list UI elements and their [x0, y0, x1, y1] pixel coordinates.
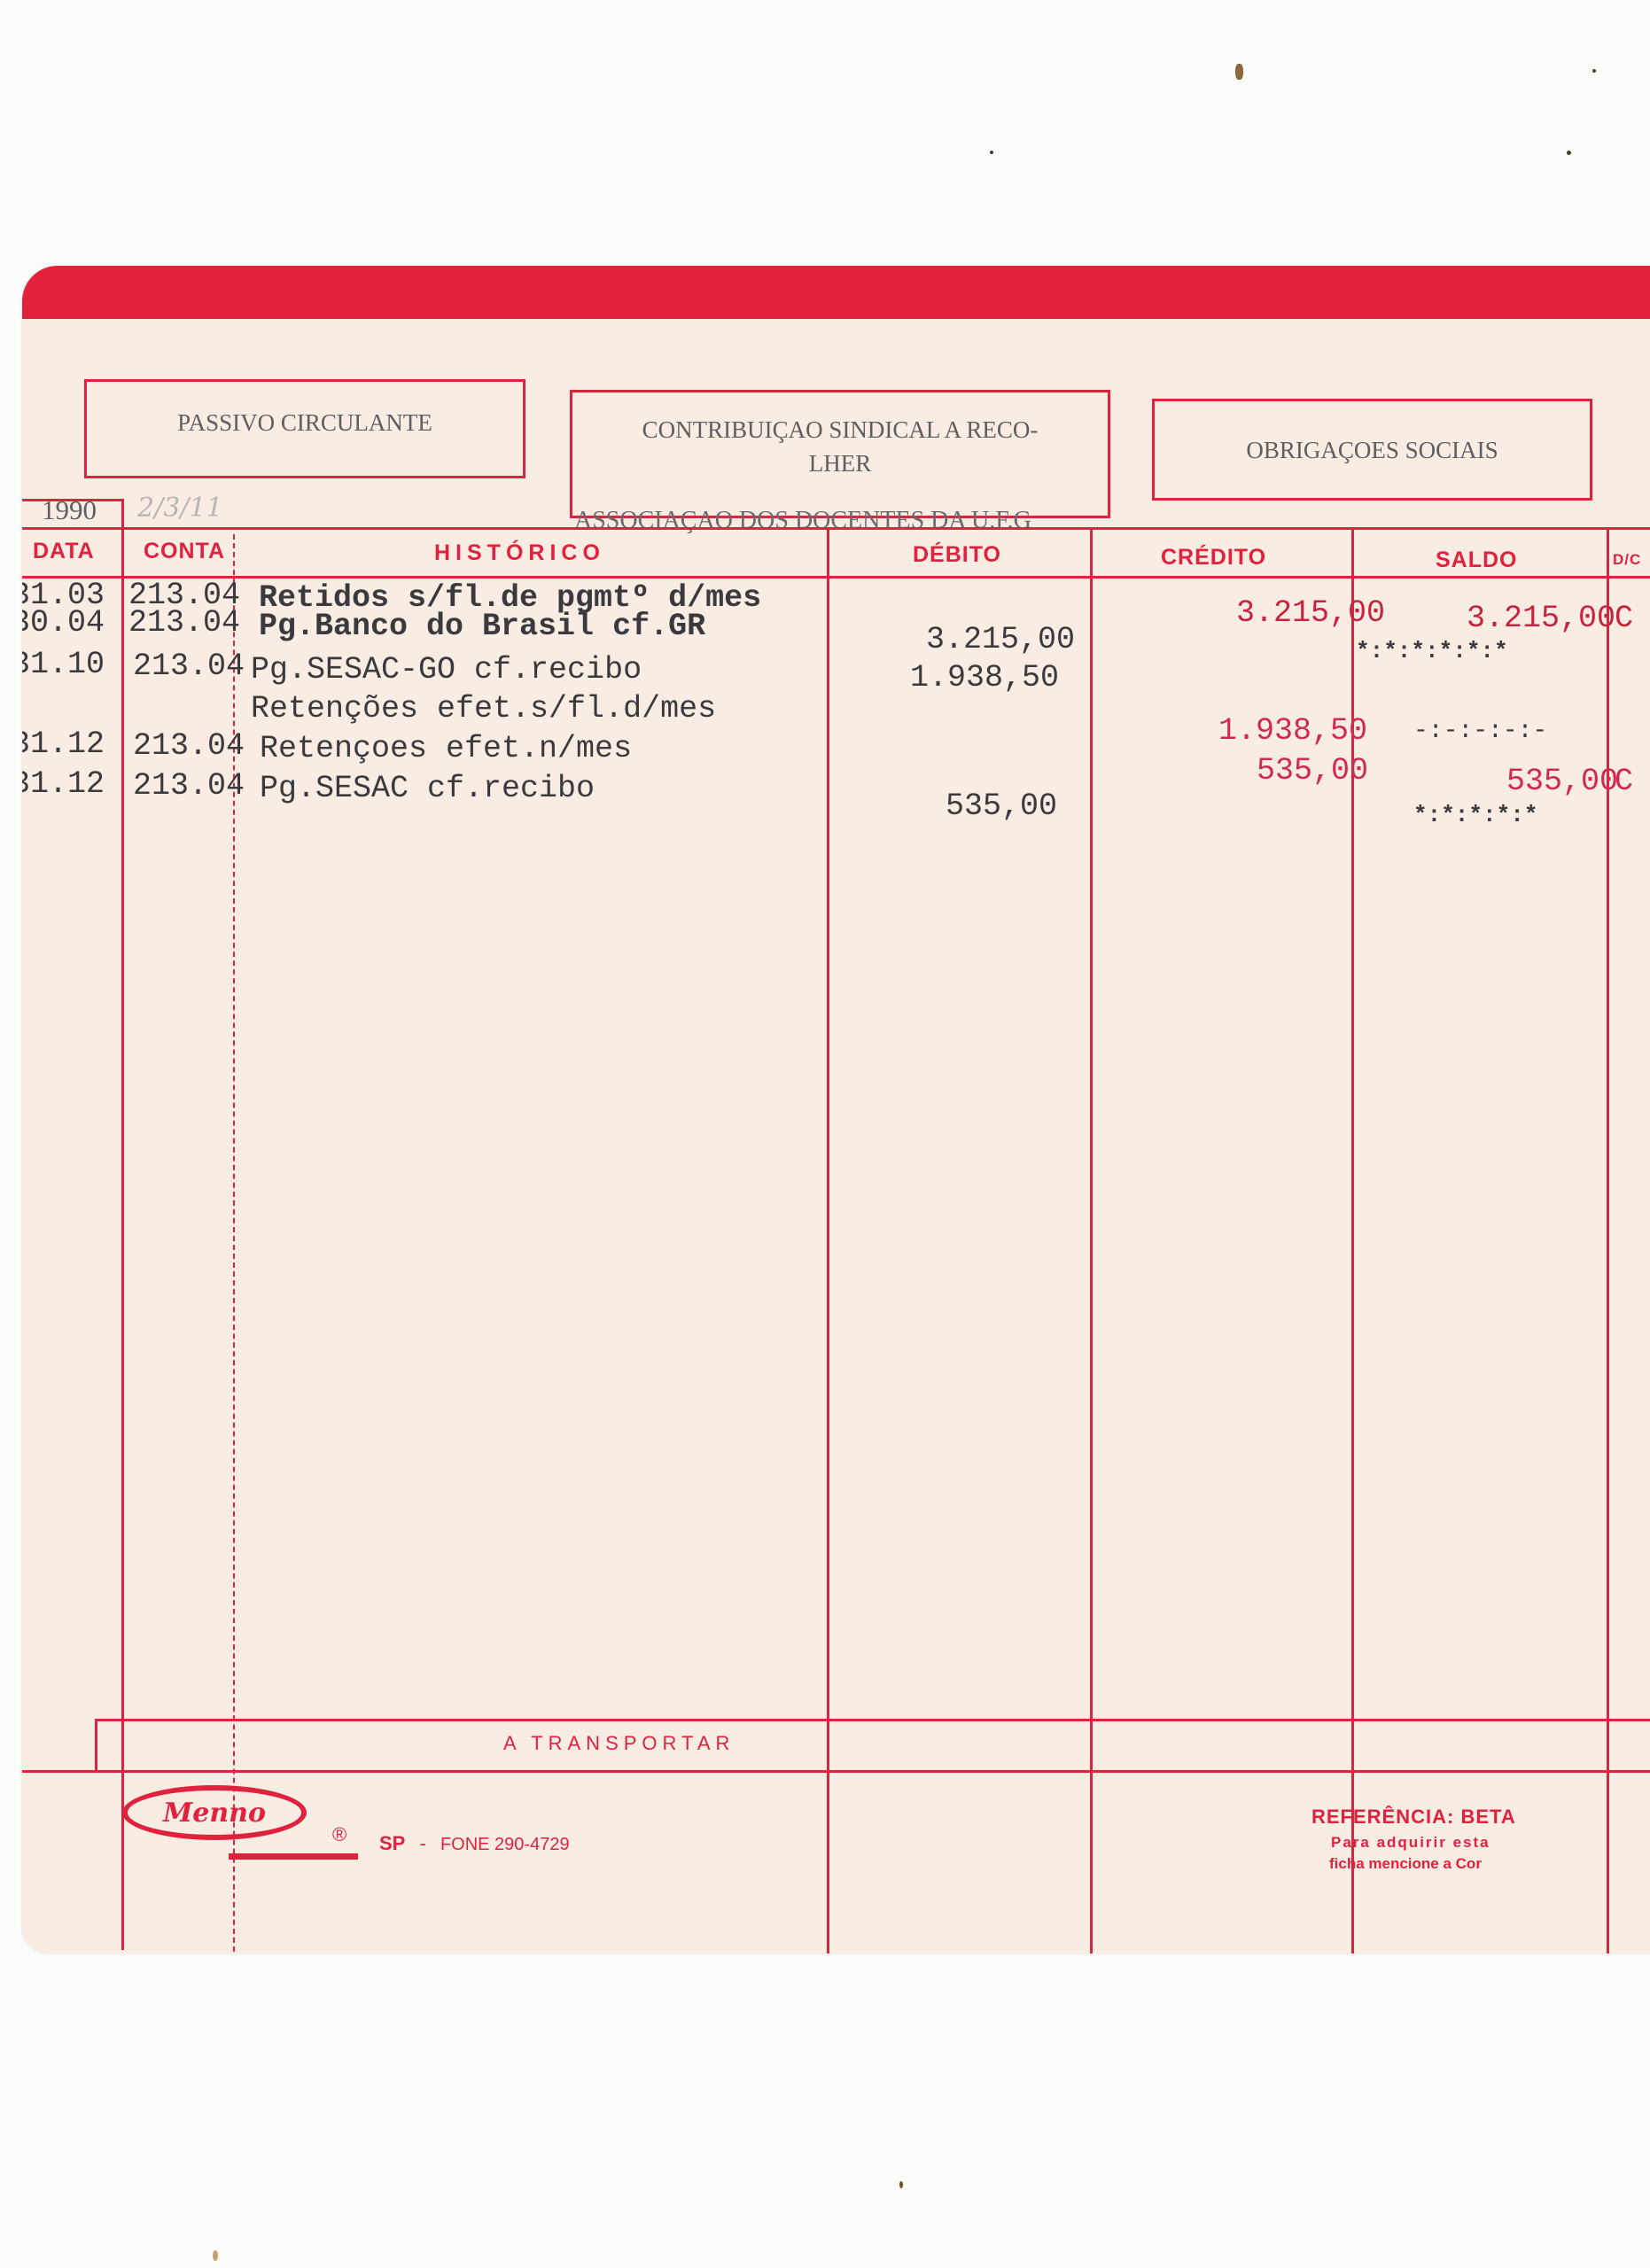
transport-label: A TRANSPORTAR — [503, 1732, 735, 1755]
entry-credit: 1.938,50 — [1218, 713, 1367, 749]
dust-speck — [1567, 151, 1571, 155]
column-header-debito: DÉBITO — [913, 542, 1001, 568]
handwritten-note: 2/3/11 — [137, 493, 223, 524]
entry-dc: C — [1615, 764, 1633, 799]
entry-description: Pg.SESAC cf.recibo — [260, 771, 595, 806]
footer-phone: FONE 290-4729 — [440, 1835, 570, 1854]
transport-top-line — [95, 1719, 1650, 1721]
account-name-box: CONTRIBUIÇAO SINDICAL A RECO- LHER — [570, 390, 1110, 518]
account-group-box: PASSIVO CIRCULANTE — [84, 379, 525, 478]
entry-description: Retenções efet.s/fl.d/mes — [251, 691, 716, 726]
entry-balance: *:*:*:*:* — [1413, 802, 1537, 828]
brand-logo: Menno — [122, 1785, 307, 1840]
entry-balance: 535,00 — [1506, 764, 1618, 799]
entry-debit: 3.215,00 — [926, 622, 1075, 657]
col-line-historico-debito — [827, 527, 829, 1953]
entry-description: Pg.Banco do Brasil cf.GR — [259, 609, 705, 644]
dust-speck — [899, 2181, 903, 2188]
entry-account: 213.04 — [133, 649, 245, 684]
entry-debit: 1.938,50 — [910, 660, 1059, 695]
dust-speck — [213, 2250, 218, 2261]
entry-date: 31.12 — [22, 766, 105, 802]
entry-balance: *:*:*:*:*:* — [1356, 638, 1508, 664]
column-header-dc: D/C — [1613, 551, 1641, 569]
column-header-historico: HISTÓRICO — [434, 540, 605, 566]
entry-account: 213.04 — [133, 768, 245, 804]
entry-date: 31.10 — [22, 647, 105, 682]
entry-date: 31.12 — [22, 726, 105, 762]
column-header-saldo: SALDO — [1436, 548, 1518, 573]
account-subgroup-label: OBRIGAÇOES SOCIAIS — [1246, 433, 1498, 467]
account-name-line1: CONTRIBUIÇAO SINDICAL A RECO- — [642, 413, 1039, 447]
footer-sep: - — [419, 1832, 425, 1854]
ledger-card: PASSIVO CIRCULANTE CONTRIBUIÇAO SINDICAL… — [22, 266, 1650, 1953]
column-header-data: DATA — [33, 539, 95, 564]
entry-debit: 535,00 — [946, 788, 1057, 824]
col-line-debito-credito — [1090, 527, 1093, 1953]
entry-dc: C — [1615, 601, 1633, 636]
left-inner-frame — [95, 1719, 97, 1772]
entry-credit: 3.215,00 — [1236, 595, 1385, 631]
registered-mark: ® — [332, 1823, 346, 1846]
entry-account: 213.04 — [128, 605, 240, 641]
entry-balance: 3.215,00 — [1467, 601, 1615, 636]
footer-sp: SP — [379, 1832, 405, 1854]
entry-description: Retençoes efet.n/mes — [260, 731, 632, 766]
entry-description: Pg.SESAC-GO cf.recibo — [251, 652, 642, 687]
footer-location: SP - FONE 290-4729 — [379, 1832, 570, 1855]
col-line-data-conta — [121, 499, 124, 1950]
entry-date: 30.04 — [22, 605, 105, 641]
column-header-conta: CONTA — [144, 539, 225, 564]
account-group-label: PASSIVO CIRCULANTE — [177, 406, 432, 439]
reference-note-line2: ficha mencione a Cor — [1329, 1855, 1482, 1873]
dust-speck — [1592, 69, 1596, 73]
entry-balance: -:-:-:-:- — [1413, 718, 1547, 745]
entry-account: 213.04 — [133, 728, 245, 764]
logo-underline — [229, 1853, 358, 1860]
col-line-saldo-dc — [1607, 527, 1609, 1953]
account-subgroup-box: OBRIGAÇOES SOCIAIS — [1152, 399, 1592, 501]
dust-speck — [990, 151, 993, 154]
header-top-line — [22, 527, 1650, 530]
reference-note-line1: Para adquirir esta — [1331, 1834, 1490, 1852]
dust-speck — [1235, 64, 1243, 80]
year-label: 1990 — [42, 494, 97, 526]
column-header-credito: CRÉDITO — [1161, 545, 1266, 571]
top-red-band — [22, 266, 1650, 319]
header-bottom-line — [22, 576, 1650, 579]
entry-credit: 535,00 — [1257, 753, 1368, 788]
transport-bottom-line — [22, 1770, 1650, 1773]
account-name-line2: LHER — [809, 447, 872, 480]
organization-name: ASSOCIAÇAO DOS DOCENTES DA U.F.G — [574, 507, 1031, 535]
reference-label: REFERÊNCIA: BETA — [1311, 1806, 1516, 1829]
brand-name: Menno — [163, 1798, 266, 1829]
